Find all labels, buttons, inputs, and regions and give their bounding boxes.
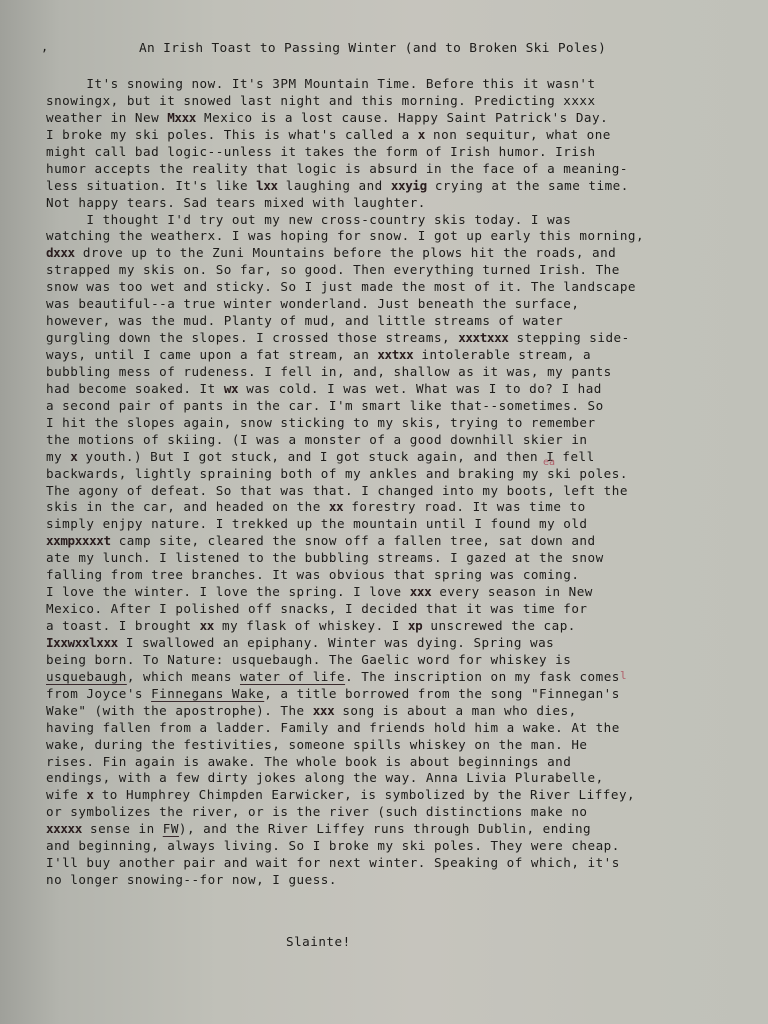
text-line: bubbling mess of rudeness. I fell in, an… (46, 364, 736, 381)
text-line: rises. Fin again is awake. The whole boo… (46, 754, 736, 771)
text-line: Wake" (with the apostrophe). The xxx son… (46, 703, 736, 720)
text-line: had become soaked. It wx was cold. I was… (46, 381, 736, 398)
text-line: endings, with a few dirty jokes along th… (46, 770, 736, 787)
text-line: xxxxx sense in FW), and the River Liffey… (46, 821, 736, 838)
text-line: gurgling down the slopes. I crossed thos… (46, 330, 736, 347)
text-line: a second pair of pants in the car. I'm s… (46, 398, 736, 415)
signoff: Slainte! (286, 934, 351, 949)
text-line: Not happy tears. Sad tears mixed with la… (46, 195, 736, 212)
text-line: watching the weatherx. I was hoping for … (46, 228, 736, 245)
typewritten-page: , An Irish Toast to Passing Winter (and … (0, 0, 768, 1024)
text-line: I'll buy another pair and wait for next … (46, 855, 736, 872)
text-line: wake, during the festivities, someone sp… (46, 737, 736, 754)
essay-body: It's snowing now. It's 3PM Mountain Time… (46, 76, 736, 889)
text-line: simply enjpy nature. I trekked up the mo… (46, 516, 736, 533)
text-line: dxxx drove up to the Zuni Mountains befo… (46, 245, 736, 262)
text-line: and beginning, always living. So I broke… (46, 838, 736, 855)
text-line: ways, until I came upon a fat stream, an… (46, 347, 736, 364)
text-line: the motions of skiing. (I was a monster … (46, 432, 736, 449)
text-line: my x youth.) But I got stuck, and I got … (46, 449, 736, 466)
text-line: I love the winter. I love the spring. I … (46, 584, 736, 601)
text-line: being born. To Nature: usquebaugh. The G… (46, 652, 736, 669)
page-title: An Irish Toast to Passing Winter (and to… (139, 41, 606, 56)
text-line: falling from tree branches. It was obvio… (46, 567, 736, 584)
text-line: I broke my ski poles. This is what's cal… (46, 127, 736, 144)
text-line: Mexico. After I polished off snacks, I d… (46, 601, 736, 618)
text-line: strapped my skis on. So far, so good. Th… (46, 262, 736, 279)
text-line: might call bad logic--unless it takes th… (46, 144, 736, 161)
text-line: usquebaugh, which means water of life. T… (46, 669, 736, 686)
text-line: less situation. It's like lxx laughing a… (46, 178, 736, 195)
text-line: wife x to Humphrey Chimpden Earwicker, i… (46, 787, 736, 804)
handwritten-correction-flask: l (620, 669, 627, 682)
text-line: I hit the slopes again, snow sticking to… (46, 415, 736, 432)
text-line: Ixxwxxlxxx I swallowed an epiphany. Wint… (46, 635, 736, 652)
handwritten-correction-braking: ea (543, 457, 555, 468)
text-line: The agony of defeat. So that was that. I… (46, 483, 736, 500)
text-line: backwards, lightly spraining both of my … (46, 466, 736, 483)
text-line: It's snowing now. It's 3PM Mountain Time… (46, 76, 736, 93)
text-line: no longer snowing--for now, I guess. (46, 872, 736, 889)
text-line: I thought I'd try out my new cross-count… (46, 212, 736, 229)
text-line: ate my lunch. I listened to the bubbling… (46, 550, 736, 567)
text-line: snowingx, but it snowed last night and t… (46, 93, 736, 110)
text-line: xxmpxxxxt camp site, cleared the snow of… (46, 533, 736, 550)
text-line: weather in New Mxxx Mexico is a lost cau… (46, 110, 736, 127)
text-line: having fallen from a ladder. Family and … (46, 720, 736, 737)
text-line: humor accepts the reality that logic is … (46, 161, 736, 178)
text-line: however, was the mud. Planty of mud, and… (46, 313, 736, 330)
text-line: was beautiful--a true winter wonderland.… (46, 296, 736, 313)
text-line: skis in the car, and headed on the xx fo… (46, 499, 736, 516)
text-line: from Joyce's Finnegans Wake, a title bor… (46, 686, 736, 703)
text-line: a toast. I brought xx my flask of whiske… (46, 618, 736, 635)
text-line: or symbolizes the river, or is the river… (46, 804, 736, 821)
stray-comma-mark: , (41, 40, 48, 54)
text-line: snow was too wet and sticky. So I just m… (46, 279, 736, 296)
